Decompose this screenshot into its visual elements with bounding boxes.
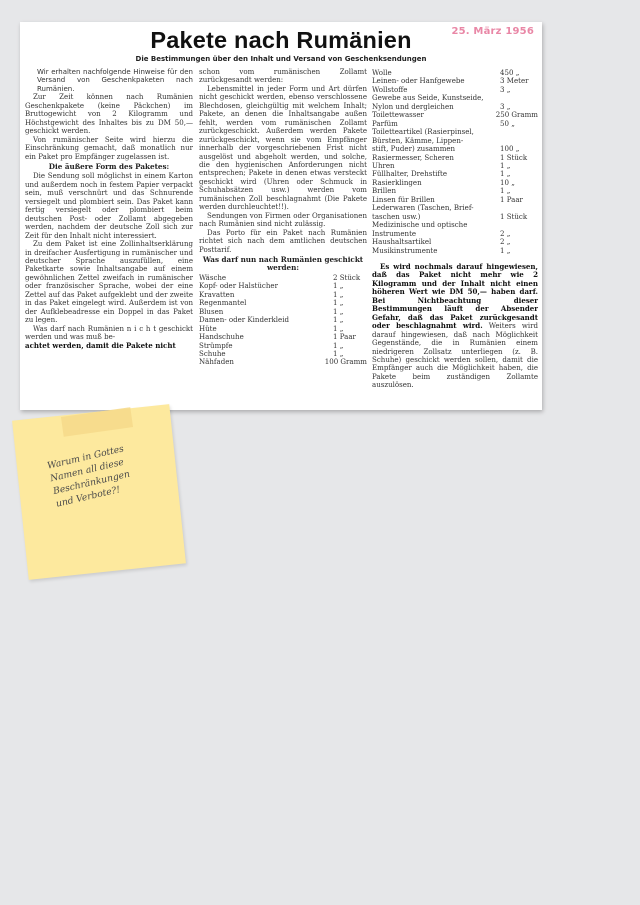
paragraph: schon vom rumänischen Zollamt zurückgesa… [199,68,367,85]
paragraph: Das Porto für ein Paket nach Rumänien ri… [199,229,367,254]
paragraph: Die Sendung soll möglichst in einem Kart… [25,172,193,240]
item-quantity: 3 „ [500,86,538,94]
paragraph-continued: achtet werden, damit die Pakete nicht [25,342,193,350]
section-heading: Was darf nun nach Rumänien geschickt wer… [199,256,367,273]
allowed-items-list: Wäsche2 StückKopf- oder Halstücher1 „Kra… [199,274,367,367]
article-subtitle: Die Bestimmungen über den Inhalt und Ver… [20,55,542,63]
list-item: Rasiermesser, Scheren1 Stück [372,154,538,162]
paragraph: Sendungen von Firmen oder Organisationen… [199,212,367,229]
item-quantity [500,128,538,136]
article-title: Pakete nach Rumänien [20,27,542,54]
article-column-2: schon vom rumänischen Zollamt zurückgesa… [199,68,367,367]
list-item: Musikinstrumente1 „ [372,247,538,255]
item-quantity: 50 „ [500,120,538,128]
article-column-3: Wolle450 „Leinen- oder Hanfgewebe3 Meter… [372,69,538,390]
item-quantity: 1 Paar [500,196,538,204]
paragraph: Zur Zeit können nach Rumänien Geschenkpa… [25,93,193,135]
newspaper-clipping: 25. März 1956 Pakete nach Rumänien Die B… [20,22,542,410]
closing-paragraph: Es wird nochmals darauf hingewiesen, daß… [372,263,538,390]
item-name: Nähfaden [199,358,234,366]
article-column-1: Wir erhalten nachfolgende Hinweise für d… [25,68,193,350]
item-quantity: 1 „ [500,247,538,255]
allowed-items-list-continued: Wolle450 „Leinen- oder Hanfgewebe3 Meter… [372,69,538,255]
item-quantity: 1 Stück [500,213,538,221]
paragraph: Zu dem Paket ist eine Zollinhaltserkläru… [25,240,193,325]
item-name: Musikinstrumente [372,247,437,255]
paragraph: Lebensmittel in jeder Form und Art dürfe… [199,85,367,212]
paragraph: Von rumänischer Seite wird hierzu die Ei… [25,136,193,161]
list-item: Nähfaden100 Gramm [199,358,367,366]
list-item: Rasierklingen10 „ [372,179,538,187]
paragraph: Was darf nach Rumänien n i c h t geschic… [25,325,193,342]
item-quantity: 100 Gramm [325,358,367,366]
section-heading: Die äußere Form des Paketes: [25,163,193,171]
intro-paragraph: Wir erhalten nachfolgende Hinweise für d… [25,68,193,93]
